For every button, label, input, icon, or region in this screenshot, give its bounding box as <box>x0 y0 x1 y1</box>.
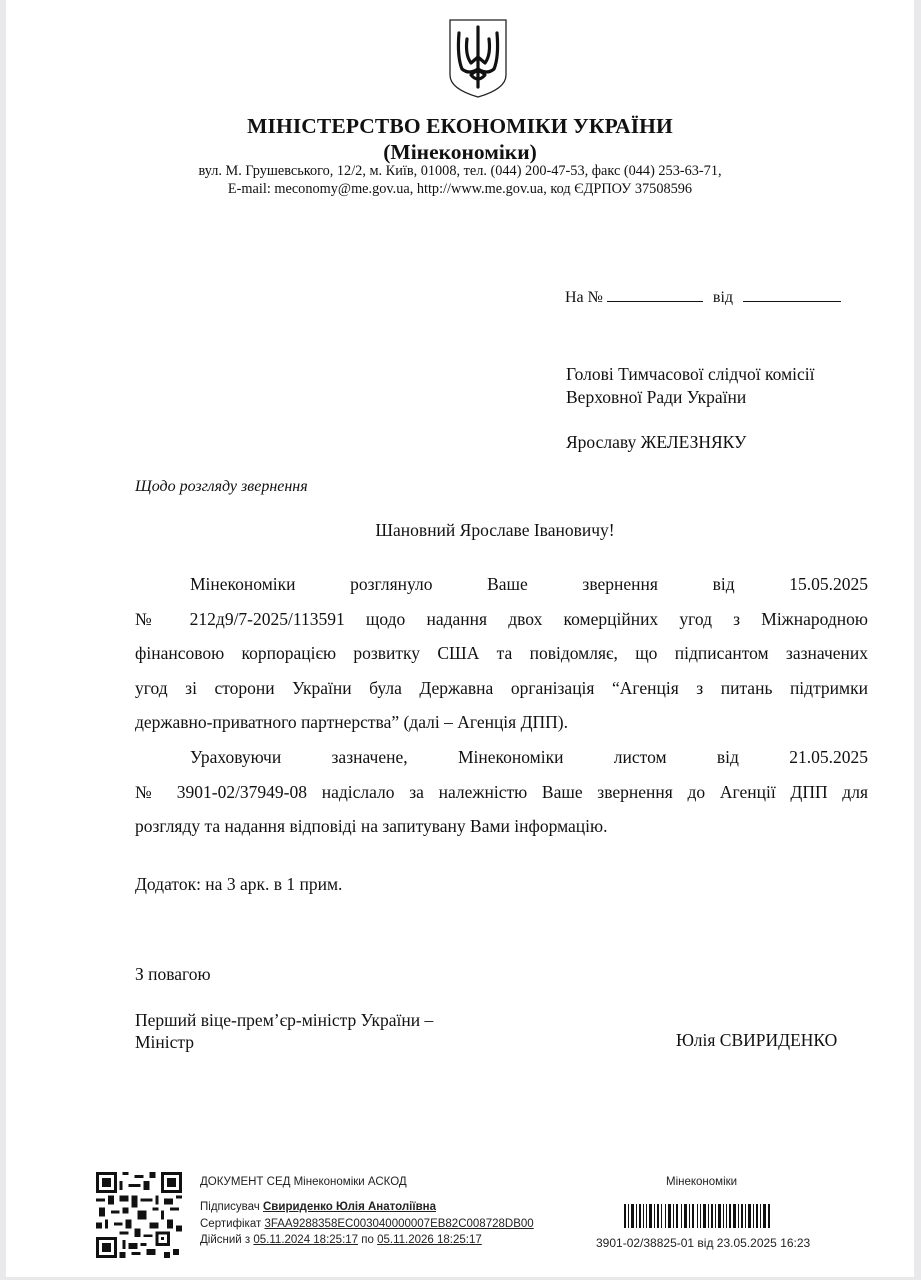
paragraph-line: державно-приватного партнерства” (далі –… <box>135 705 868 740</box>
registration-number: 3901-02/38825-01 від 23.05.2025 16:23 <box>596 1236 810 1250</box>
reference-prefix: На № <box>565 289 603 306</box>
body-paragraph-2: Ураховуючи зазначене, Мінекономіки листо… <box>135 740 868 844</box>
paragraph-line: № 3901-02/37949-08 надіслало за належніс… <box>135 775 868 810</box>
ministry-contacts: E-mail: meconomy@me.gov.ua, http://www.m… <box>6 181 914 198</box>
certificate-info: Сертифікат 3FAA9288358EC003040000007EB82… <box>200 1218 534 1230</box>
trident-coat-of-arms-icon <box>447 17 509 99</box>
valid-from-value: 05.11.2024 18:25:17 <box>253 1234 358 1246</box>
valid-to-value: 05.11.2026 18:25:17 <box>377 1234 482 1246</box>
certificate-label: Сертифікат <box>200 1218 261 1230</box>
paragraph-line: фінансовою корпорацією розвитку США та п… <box>135 636 868 671</box>
addressee-name: Ярославу ЖЕЛЕЗНЯКУ <box>566 432 746 453</box>
reference-from-label: від <box>713 289 733 306</box>
signer-position-line-1: Перший віце-прем’єр-міністр України – <box>135 1010 433 1031</box>
paragraph-line: Ураховуючи зазначене, Мінекономіки листо… <box>135 740 868 775</box>
edms-system-label: ДОКУМЕНТ СЕД Мінекономіки АСКОД <box>200 1176 407 1188</box>
validity-info: Дійсний з 05.11.2024 18:25:17 по 05.11.2… <box>200 1234 482 1246</box>
valid-from-label: Дійсний з <box>200 1234 250 1246</box>
body-paragraph-1: Мінекономіки розглянуло Ваше звернення в… <box>135 567 868 740</box>
signer-position-line-2: Міністр <box>135 1032 194 1053</box>
letter-page: МІНІСТЕРСТВО ЕКОНОМІКИ УКРАЇНИ (Мінеконо… <box>6 0 914 1277</box>
letter-subject: Щодо розгляду звернення <box>135 478 308 496</box>
reference-number-field <box>607 287 703 302</box>
salutation: Шановний Ярославе Івановичу! <box>6 520 914 541</box>
ministry-address: вул. М. Грушевського, 12/2, м. Київ, 010… <box>6 163 914 180</box>
signer-name: Юлія СВИРИДЕНКО <box>676 1030 837 1051</box>
reference-line: На № від <box>565 287 841 307</box>
certificate-value: 3FAA9288358EC003040000007EB82C008728DB00 <box>264 1218 533 1230</box>
ministry-short-name: (Мінекономіки) <box>6 140 914 165</box>
reference-date-field <box>743 287 841 302</box>
addressee-line-2: Верховної Ради України <box>566 387 746 408</box>
qr-code-icon <box>96 1172 182 1258</box>
closing-regards: З повагою <box>135 964 211 985</box>
paragraph-line: Мінекономіки розглянуло Ваше звернення в… <box>135 567 868 602</box>
signer-value: Свириденко Юлія Анатоліївна <box>263 1201 436 1213</box>
signer-label: Підписувач <box>200 1201 260 1213</box>
valid-to-label: по <box>361 1234 374 1246</box>
paragraph-line: угод зі сторони України була Державна ор… <box>135 671 868 706</box>
paragraph-line: розгляду та надання відповіді на запитув… <box>135 809 868 844</box>
signer-info: Підписувач Свириденко Юлія Анатоліївна <box>200 1201 436 1213</box>
attachment-note: Додаток: на 3 арк. в 1 прим. <box>135 874 342 895</box>
paragraph-line: № 212д9/7-2025/113591 щодо надання двох … <box>135 602 868 637</box>
addressee-line-1: Голові Тимчасової слідчої комісії <box>566 364 815 385</box>
ministry-title: МІНІСТЕРСТВО ЕКОНОМІКИ УКРАЇНИ <box>6 114 914 139</box>
registration-org: Мінекономіки <box>666 1176 737 1188</box>
barcode-icon <box>624 1204 770 1228</box>
